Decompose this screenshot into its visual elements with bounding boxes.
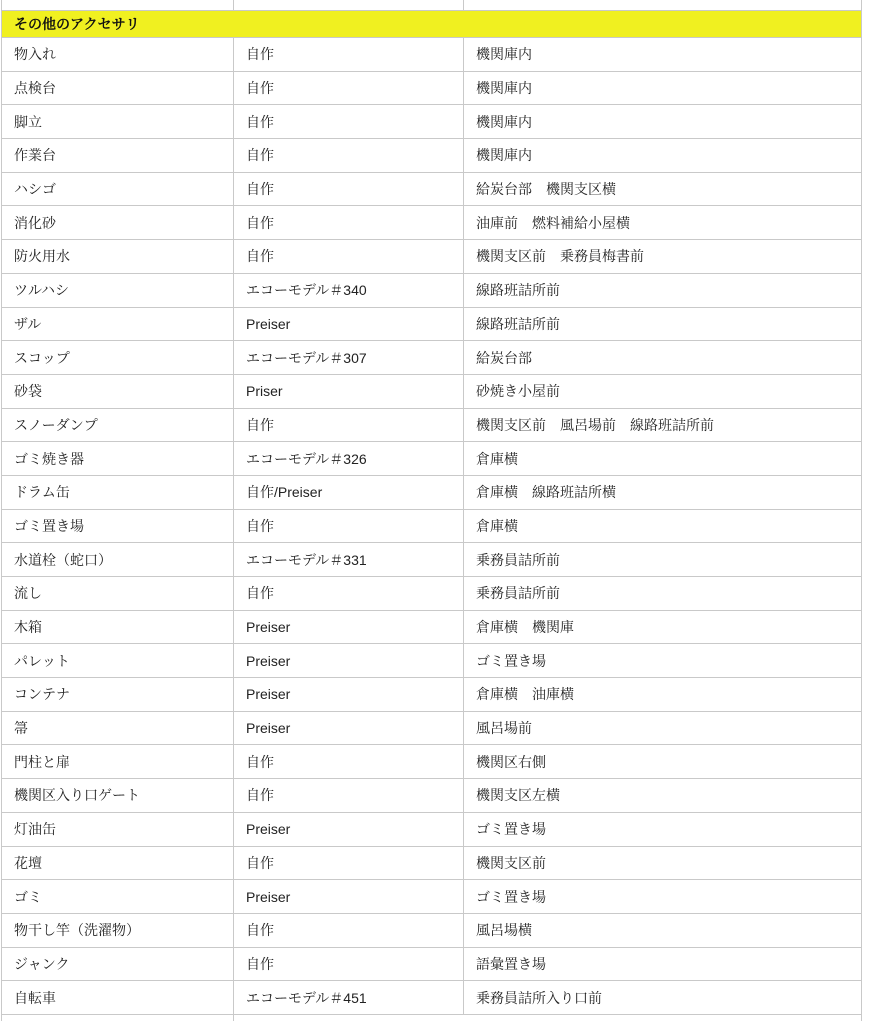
item-cell: コンテナ <box>2 678 234 712</box>
table-row: 自転車エコーモデル＃451乗務員詰所入り口前 <box>2 981 862 1015</box>
location-cell: 倉庫横 機関庫 <box>464 610 862 644</box>
item-cell: パレット <box>2 644 234 678</box>
location-cell: 乗務員詰所入り口前 <box>464 981 862 1015</box>
location-cell: 砂焼き小屋前 <box>464 374 862 408</box>
item-cell: 物干し竿（洗濯物） <box>2 913 234 947</box>
table-row: 門柱と扉自作機関区右側 <box>2 745 862 779</box>
location-cell: 機関支区前 風呂場前 線路班詰所前 <box>464 408 862 442</box>
item-cell: 流し <box>2 577 234 611</box>
location-cell: ゴミ置き場 <box>464 880 862 914</box>
maker-cell: 自作 <box>234 408 464 442</box>
maker-cell: 自作/Preiser <box>234 475 464 509</box>
item-cell: ゴミ置き場 <box>2 509 234 543</box>
table-row: 物干し竿（洗濯物）自作風呂場横 <box>2 913 862 947</box>
item-cell: ジャンク <box>2 947 234 981</box>
item-cell: 木箱 <box>2 610 234 644</box>
location-cell: 倉庫横 油庫横 <box>464 678 862 712</box>
maker-cell: 自作 <box>234 71 464 105</box>
location-cell: 倉庫横 <box>464 442 862 476</box>
maker-cell: Preiser <box>234 610 464 644</box>
item-cell: 脚立 <box>2 105 234 139</box>
table-row: 水道栓（蛇口）エコーモデル＃331乗務員詰所前 <box>2 543 862 577</box>
empty-cell <box>2 0 234 11</box>
maker-cell: 自作 <box>234 947 464 981</box>
item-cell: 灯油缶 <box>2 812 234 846</box>
item-cell: ツルハシ <box>2 273 234 307</box>
table-row: ハシゴ自作給炭台部 機関支区横 <box>2 172 862 206</box>
location-cell: 線路班詰所前 <box>464 273 862 307</box>
item-cell: 水道栓（蛇口） <box>2 543 234 577</box>
table-row: ゴミ焼き器エコーモデル＃326倉庫横 <box>2 442 862 476</box>
maker-cell: Preiser <box>234 880 464 914</box>
location-cell: 機関庫内 <box>464 105 862 139</box>
table-row: 灯油缶Preiserゴミ置き場 <box>2 812 862 846</box>
item-cell: 門柱と扉 <box>2 745 234 779</box>
location-cell: 機関庫内 <box>464 71 862 105</box>
item-cell: スコップ <box>2 341 234 375</box>
item-cell: 作業台 <box>2 139 234 173</box>
location-cell: 線路班詰所前 <box>464 307 862 341</box>
table-row: 防火用水自作機関支区前 乗務員梅書前 <box>2 240 862 274</box>
location-cell: 機関庫内 <box>464 139 862 173</box>
location-cell: 機関支区左横 <box>464 779 862 813</box>
maker-cell: 自作 <box>234 745 464 779</box>
table-row: 流し自作乗務員詰所前 <box>2 577 862 611</box>
table-row: 機関区入り口ゲート自作機関支区左横 <box>2 779 862 813</box>
empty-cell <box>2 1014 234 1021</box>
table-row: スノーダンプ自作機関支区前 風呂場前 線路班詰所前 <box>2 408 862 442</box>
location-cell: 機関庫内 <box>464 38 862 72</box>
maker-cell: 自作 <box>234 509 464 543</box>
maker-cell: 自作 <box>234 105 464 139</box>
maker-cell: エコーモデル＃331 <box>234 543 464 577</box>
location-cell: 風呂場横 <box>464 913 862 947</box>
table-row: ザルPreiser線路班詰所前 <box>2 307 862 341</box>
table-row: 消化砂自作油庫前 燃料補給小屋横 <box>2 206 862 240</box>
table-row: パレットPreiserゴミ置き場 <box>2 644 862 678</box>
maker-cell: Priser <box>234 374 464 408</box>
location-cell: 給炭台部 機関支区横 <box>464 172 862 206</box>
location-cell: 倉庫横 線路班詰所横 <box>464 475 862 509</box>
empty-cell <box>464 0 862 11</box>
location-cell: 油庫前 燃料補給小屋横 <box>464 206 862 240</box>
location-cell: 機関支区前 乗務員梅書前 <box>464 240 862 274</box>
item-cell: 物入れ <box>2 38 234 72</box>
item-cell: 箒 <box>2 711 234 745</box>
table-row: スコップエコーモデル＃307給炭台部 <box>2 341 862 375</box>
table-row: ジャンク自作語彙置き場 <box>2 947 862 981</box>
table-row: ツルハシエコーモデル＃340線路班詰所前 <box>2 273 862 307</box>
table-row: 木箱Preiser倉庫横 機関庫 <box>2 610 862 644</box>
table-row: 花壇自作機関支区前 <box>2 846 862 880</box>
item-cell: 砂袋 <box>2 374 234 408</box>
location-cell: ゴミ置き場 <box>464 644 862 678</box>
section-header: その他のアクセサリ <box>2 11 862 38</box>
item-cell: 機関区入り口ゲート <box>2 779 234 813</box>
maker-cell: 自作 <box>234 139 464 173</box>
empty-cell <box>234 0 464 11</box>
item-cell: 自転車 <box>2 981 234 1015</box>
maker-cell: エコーモデル＃451 <box>234 981 464 1015</box>
maker-cell: 自作 <box>234 913 464 947</box>
item-cell: スノーダンプ <box>2 408 234 442</box>
location-cell: 機関区右側 <box>464 745 862 779</box>
item-cell: 防火用水 <box>2 240 234 274</box>
maker-cell: Preiser <box>234 711 464 745</box>
page: その他のアクセサリ 物入れ自作機関庫内点検台自作機関庫内脚立自作機関庫内作業台自… <box>0 0 870 1024</box>
maker-cell: Preiser <box>234 812 464 846</box>
location-cell: 乗務員詰所前 <box>464 577 862 611</box>
table-row: 物入れ自作機関庫内 <box>2 38 862 72</box>
next-row-sliver <box>2 1014 862 1021</box>
table-row: ドラム缶自作/Preiser倉庫横 線路班詰所横 <box>2 475 862 509</box>
maker-cell: 自作 <box>234 846 464 880</box>
item-cell: ザル <box>2 307 234 341</box>
item-cell: 消化砂 <box>2 206 234 240</box>
maker-cell: エコーモデル＃340 <box>234 273 464 307</box>
item-cell: ハシゴ <box>2 172 234 206</box>
maker-cell: エコーモデル＃326 <box>234 442 464 476</box>
maker-cell: 自作 <box>234 38 464 72</box>
table-row: 作業台自作機関庫内 <box>2 139 862 173</box>
item-cell: ゴミ焼き器 <box>2 442 234 476</box>
location-cell: 倉庫横 <box>464 509 862 543</box>
maker-cell: エコーモデル＃307 <box>234 341 464 375</box>
maker-cell: 自作 <box>234 206 464 240</box>
location-cell: 給炭台部 <box>464 341 862 375</box>
table-row: 脚立自作機関庫内 <box>2 105 862 139</box>
table-row: ゴミ置き場自作倉庫横 <box>2 509 862 543</box>
maker-cell: 自作 <box>234 779 464 813</box>
maker-cell: Preiser <box>234 678 464 712</box>
location-cell: ゴミ置き場 <box>464 812 862 846</box>
table-row: 箒Preiser風呂場前 <box>2 711 862 745</box>
maker-cell: 自作 <box>234 172 464 206</box>
table-row: 点検台自作機関庫内 <box>2 71 862 105</box>
location-cell: 機関支区前 <box>464 846 862 880</box>
previous-row-sliver <box>2 0 862 11</box>
table-row: 砂袋Priser砂焼き小屋前 <box>2 374 862 408</box>
item-cell: ゴミ <box>2 880 234 914</box>
table-row: ゴミPreiserゴミ置き場 <box>2 880 862 914</box>
location-cell: 風呂場前 <box>464 711 862 745</box>
item-cell: ドラム缶 <box>2 475 234 509</box>
item-cell: 花壇 <box>2 846 234 880</box>
maker-cell: 自作 <box>234 577 464 611</box>
empty-cell <box>234 1014 862 1021</box>
location-cell: 語彙置き場 <box>464 947 862 981</box>
maker-cell: 自作 <box>234 240 464 274</box>
accessories-table: その他のアクセサリ 物入れ自作機関庫内点検台自作機関庫内脚立自作機関庫内作業台自… <box>1 0 862 1021</box>
maker-cell: Preiser <box>234 644 464 678</box>
item-cell: 点検台 <box>2 71 234 105</box>
table-row: コンテナPreiser倉庫横 油庫横 <box>2 678 862 712</box>
section-header-row: その他のアクセサリ <box>2 11 862 38</box>
location-cell: 乗務員詰所前 <box>464 543 862 577</box>
maker-cell: Preiser <box>234 307 464 341</box>
